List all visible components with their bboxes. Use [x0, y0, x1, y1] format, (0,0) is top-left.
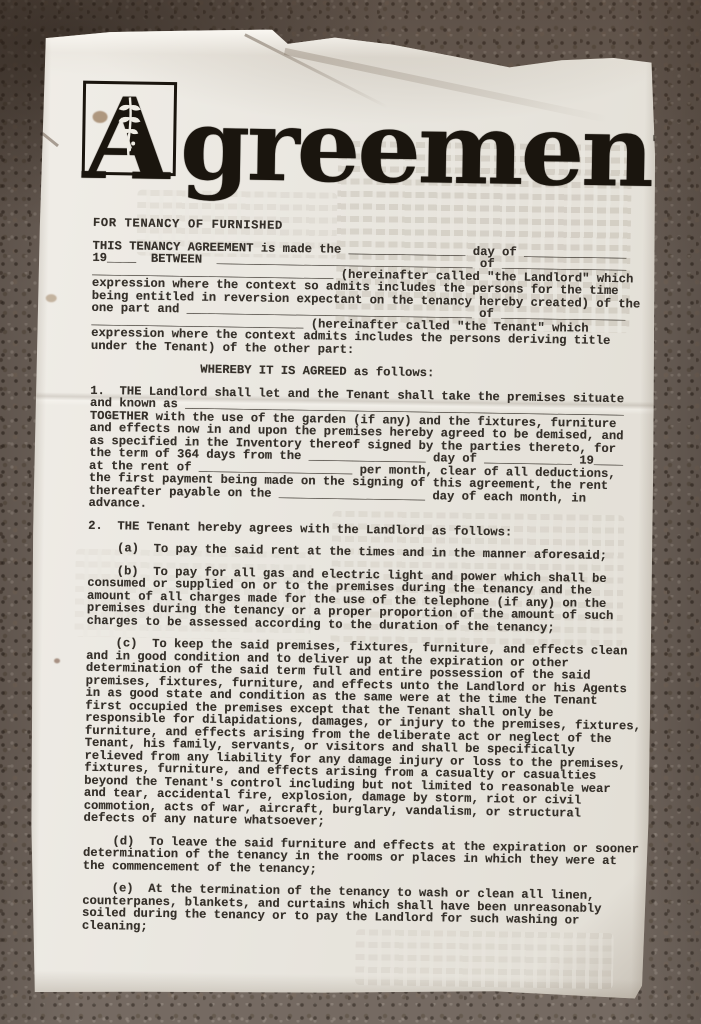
clause-2c: (c) To keep the said premises, fixtures,…: [83, 637, 652, 833]
paper-edge-tear: [41, 132, 58, 147]
document-title: A greement: [81, 71, 623, 201]
clause-2-heading: 2. THE Tenant hereby agrees with the Lan…: [88, 519, 654, 540]
paper-stain: [54, 658, 60, 663]
clause-2a: (a) To pay the said rent at the times an…: [88, 542, 654, 563]
clause-2b: (b) To pay for all gas and electric ligh…: [87, 564, 654, 635]
document-subtitle: FOR TENANCY OF FURNISHED: [93, 217, 659, 238]
leaf-ornament-icon: [112, 93, 147, 164]
whereby-line: WHEREBY IT IS AGREED as follows:: [91, 362, 657, 383]
clause-2e: (e) At the termination of the tenancy to…: [82, 882, 649, 941]
agreement-paper: A greement FOR TENANCY OF FURNISHED THIS…: [25, 26, 662, 1002]
clause-1: 1. THE Landlord shall let and the Tenant…: [88, 384, 656, 518]
paper-stain: [46, 294, 57, 302]
document-title-text: greement: [179, 95, 695, 201]
intro-paragraph: THIS TENANCY AGREEMENT is made the _____…: [91, 239, 659, 360]
clause-2d: (d) To leave the said furniture and effe…: [83, 834, 650, 880]
carpet-background: A greement FOR TENANCY OF FURNISHED THIS…: [0, 0, 701, 1024]
document-body: FOR TENANCY OF FURNISHED THIS TENANCY AG…: [82, 217, 659, 951]
